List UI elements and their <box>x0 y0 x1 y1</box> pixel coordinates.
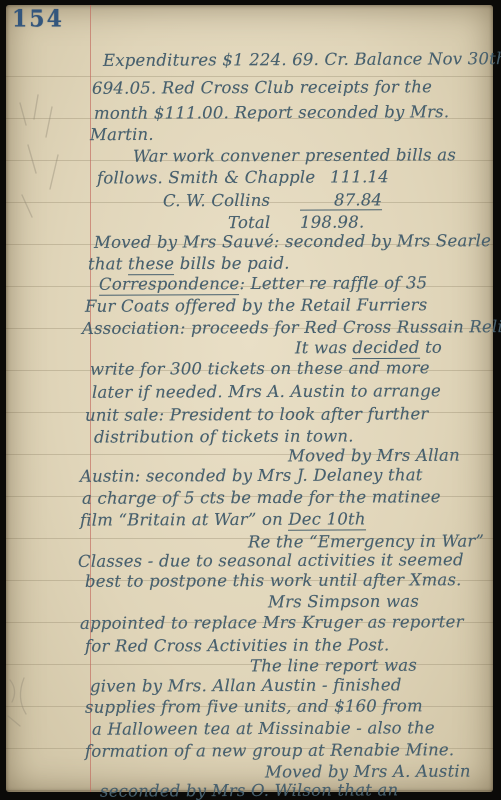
manuscript-amount: 111.14 <box>330 167 389 186</box>
manuscript-line: distribution of tickets in town. <box>94 426 354 446</box>
manuscript-line: appointed to replace Mrs Kruger as repor… <box>80 612 464 633</box>
manuscript-amount: 198.98. <box>300 212 364 231</box>
manuscript-line: Classes - due to seasonal activities it … <box>78 550 464 571</box>
manuscript-line: Moved by Mrs Allan <box>288 446 460 466</box>
manuscript-line: supplies from five units, and $160 from <box>85 696 423 716</box>
manuscript-line: best to postpone this work until after X… <box>85 570 462 591</box>
manuscript-line: 694.05. Red Cross Club receipts for the <box>92 77 432 97</box>
manuscript-line: follows. Smith & Chapple111.14 <box>97 168 315 188</box>
manuscript-line: that these bills be paid. <box>88 254 290 274</box>
manuscript-line: Martin. <box>90 125 154 144</box>
manuscript-amount: 87.84 <box>300 190 382 210</box>
manuscript-line: a charge of 5 cts be made for the matine… <box>82 487 441 508</box>
manuscript-line: Association: proceeds for Red Cross Russ… <box>82 317 501 338</box>
manuscript-line: War work convener presented bills as <box>133 145 456 165</box>
manuscript-line: later if needed. Mrs A. Austin to arrang… <box>92 381 441 402</box>
manuscript-line: Mrs Simpson was <box>268 592 419 612</box>
manuscript-line: Austin: seconded by Mrs J. Delaney that <box>80 465 423 485</box>
manuscript-line: film “Britain at War” on Dec 10th <box>80 509 366 529</box>
manuscript-line: It was decided to <box>295 338 442 358</box>
manuscript-line: Expenditures $1 224. 69. Cr. Balance Nov… <box>103 49 501 70</box>
manuscript-text: Expenditures $1 224. 69. Cr. Balance Nov… <box>0 0 501 800</box>
manuscript-line: write for 300 tickets on these and more <box>90 358 430 378</box>
manuscript-line: a Halloween tea at Missinabie - also the <box>92 718 435 738</box>
manuscript-line: C. W. Collins87.84 <box>163 191 270 210</box>
manuscript-line: month $111.00. Report seconded by Mrs. <box>94 102 449 123</box>
manuscript-line: given by Mrs. Allan Austin - finished <box>90 675 402 695</box>
manuscript-line: Fur Coats offered by the Retail Furriers <box>85 295 428 315</box>
manuscript-line: The line report was <box>250 656 417 676</box>
manuscript-line: Moved by Mrs A. Austin <box>265 762 471 782</box>
manuscript-line: Correspondence: Letter re raffle of 35 <box>99 273 427 293</box>
manuscript-line: unit sale: President to look after furth… <box>85 404 429 424</box>
manuscript-line: Moved by Mrs Sauvé: seconded by Mrs Sear… <box>94 231 491 252</box>
manuscript-line: for Red Cross Activities in the Post. <box>85 635 389 655</box>
manuscript-line: seconded by Mrs O. Wilson that an <box>100 780 398 800</box>
manuscript-line: formation of a new group at Renabie Mine… <box>85 740 454 761</box>
manuscript-line: Total198.98. <box>228 213 270 232</box>
scanned-ledger-page: 154 Expenditures $1 224. 69. Cr. Balance… <box>0 0 501 800</box>
manuscript-line: Re the “Emergency in War” <box>248 531 484 551</box>
